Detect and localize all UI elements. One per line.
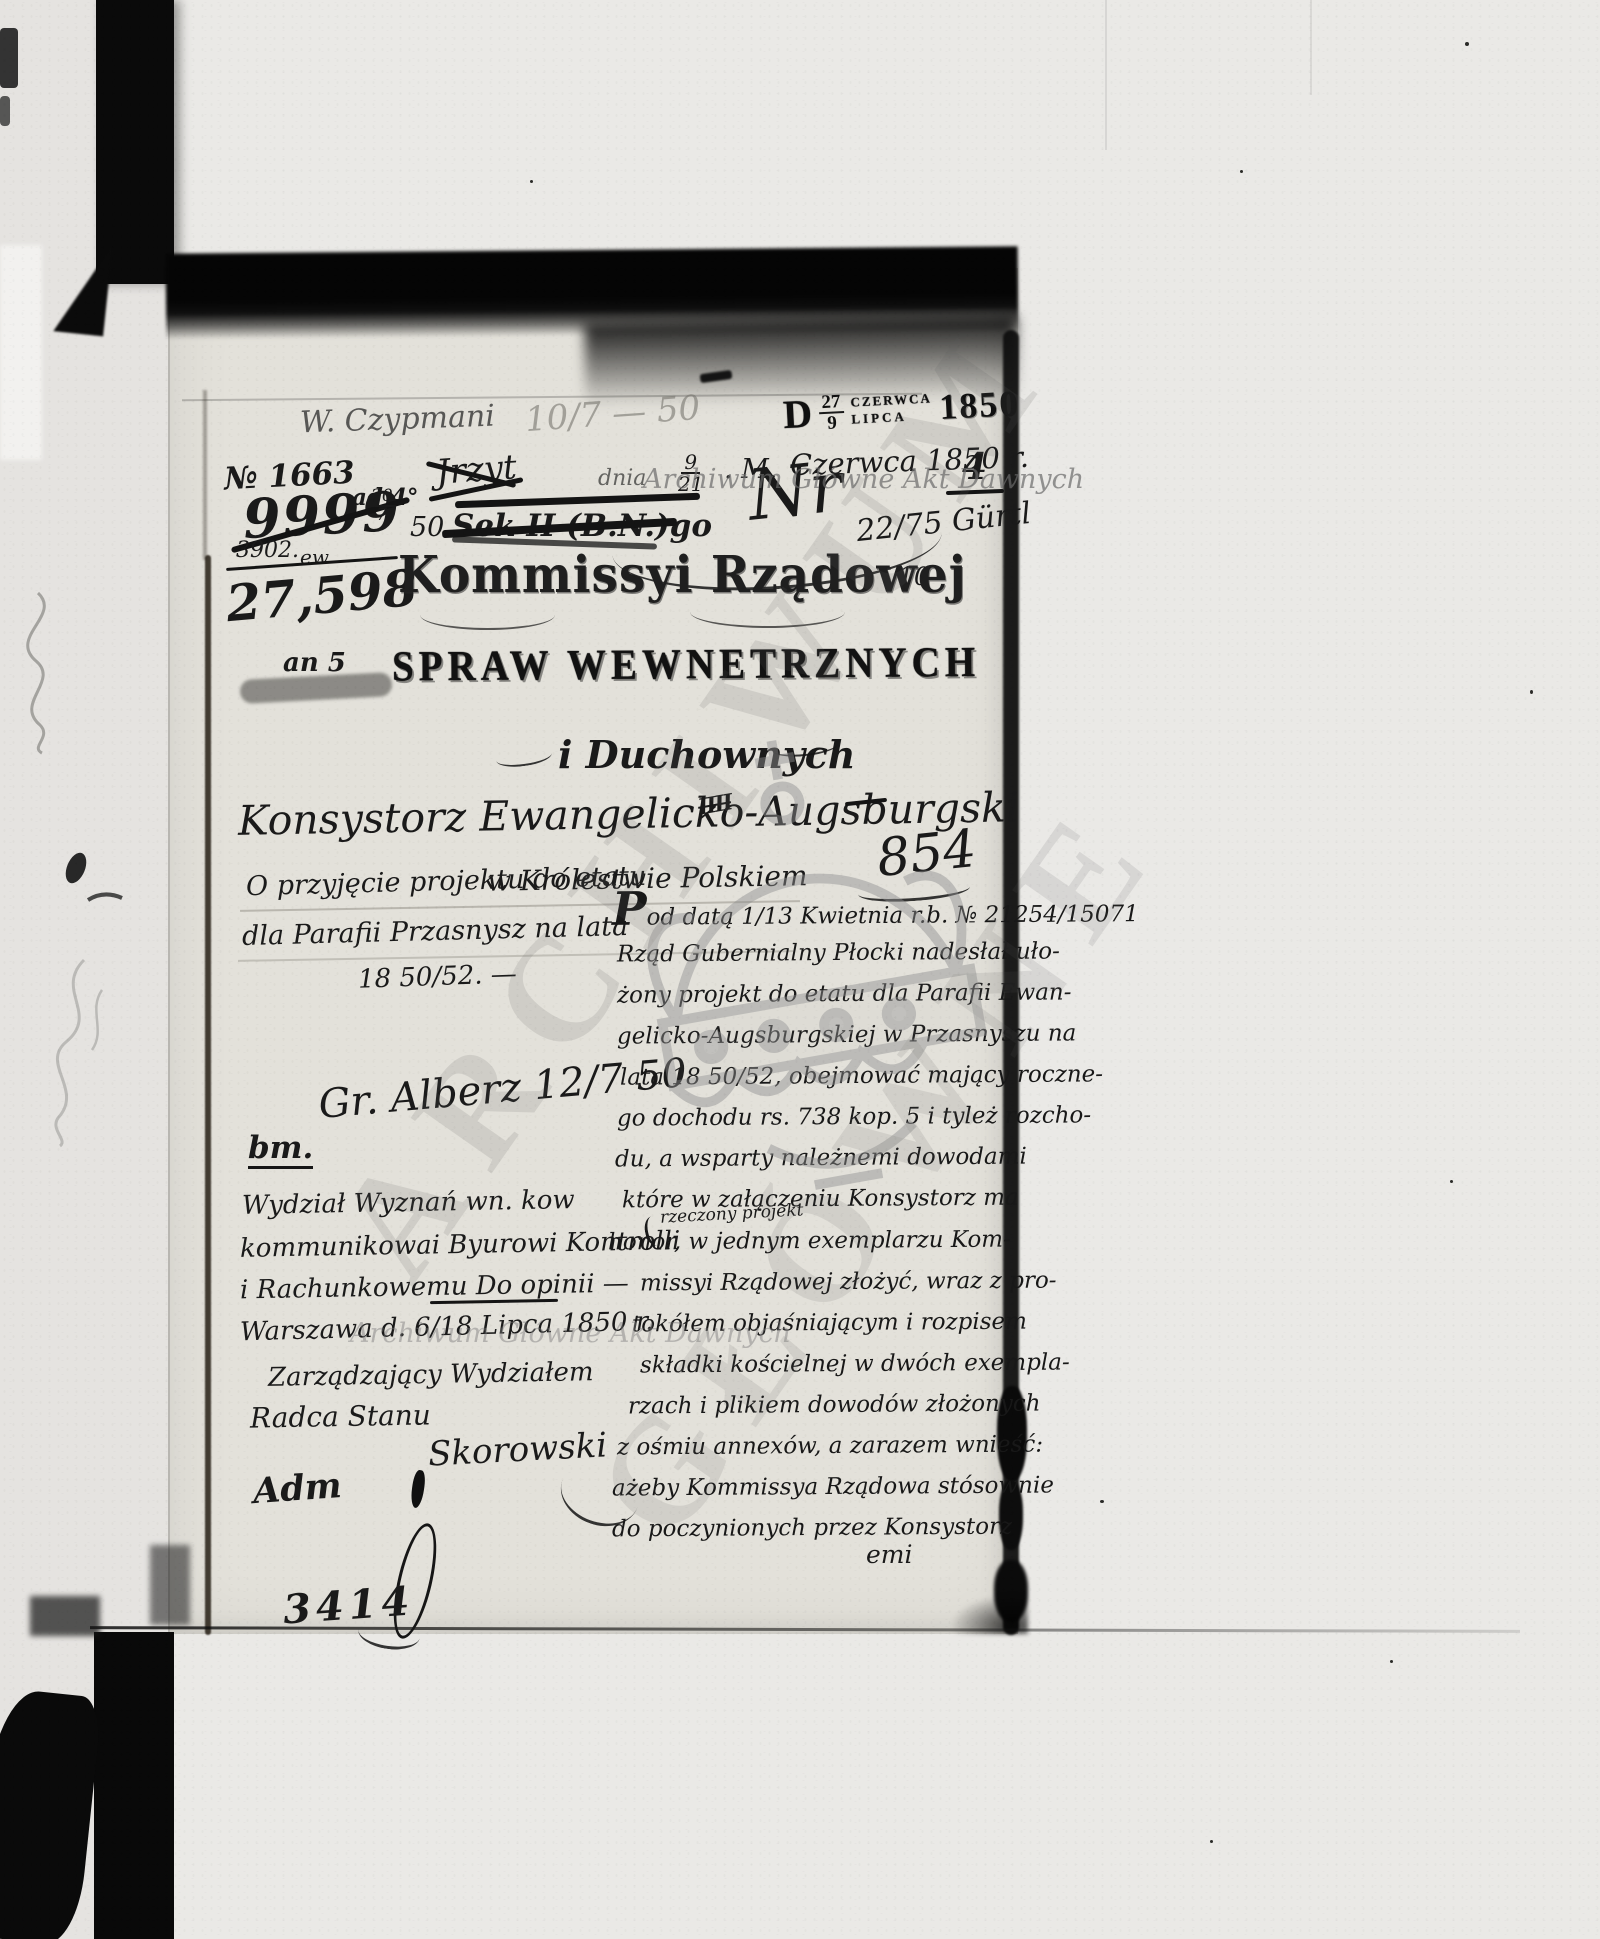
catchword: emi <box>866 1540 913 1569</box>
registry-dnia: dnia <box>598 466 646 491</box>
body-line: tokółem objaśniającym i rozpisem <box>632 1309 1027 1338</box>
film-junction-smudge <box>30 1596 100 1636</box>
body-line: rzach i plikiem dowodów złożonych <box>628 1391 1041 1420</box>
film-wedge <box>53 240 112 337</box>
page-fold-line-upper <box>203 390 207 560</box>
stamp-prefix: D <box>782 390 813 438</box>
registry-mark: 4 <box>962 446 987 488</box>
page-bottom-number: 3414 <box>282 1577 416 1633</box>
dept-line-1: Wydział Wyznań wn. kow <box>242 1185 575 1221</box>
registry-day-new: 9 <box>681 452 700 474</box>
dust-speck <box>530 180 533 183</box>
dust-speck <box>1240 170 1243 173</box>
film-edge-top-left-bar <box>96 0 174 284</box>
body-line: Rząd Gubernialny Płocki nadesłał uło- <box>617 938 1060 967</box>
bm-abbrev: bm. <box>248 1130 313 1169</box>
film-edge-nub-2 <box>0 96 10 126</box>
film-scratch-line-2 <box>1310 0 1312 95</box>
film-notch-white <box>0 245 42 460</box>
ink-blot-marks <box>48 838 138 928</box>
page-fold-line <box>205 555 211 1635</box>
margin-note-line3: 18 50/52. — <box>358 959 518 995</box>
stamp-month-july: LIPCA <box>851 407 933 428</box>
dust-speck <box>1465 42 1469 46</box>
dust-speck <box>1390 1660 1393 1663</box>
body-line: lata 18 50/52, obejmować mający roczne- <box>620 1061 1103 1090</box>
adm-abbrev: Adm <box>252 1465 343 1512</box>
heading-flourish-left <box>420 600 555 630</box>
faint-marginalia-scrawl <box>14 950 124 1150</box>
body-line: honor, w jednym exemplarzu Kom- <box>608 1227 1011 1256</box>
registry-day-fraction: 9 21 <box>678 452 703 494</box>
dust-speck <box>1210 1840 1213 1843</box>
authority-title-stamped: SPRAW WEWNETRZNYCH <box>392 637 980 691</box>
page-corner-smudge <box>150 1545 190 1625</box>
stamp-day-fraction: 27 9 <box>818 392 845 433</box>
an-note: an 5 <box>283 648 346 678</box>
film-edge-bottom-left-bar <box>94 1632 174 1939</box>
dust-speck <box>1100 1500 1104 1503</box>
dust-speck <box>1530 690 1533 694</box>
pencil-owner-note: W. Czypmani <box>299 399 495 441</box>
body-line: żony projekt do etatu dla Parafii Ewan- <box>617 979 1072 1008</box>
stamp-months: CZERWCA LIPCA <box>850 390 933 428</box>
fifty-note: 50 <box>410 512 444 543</box>
film-scratch-line-1 <box>1105 0 1107 150</box>
dust-speck <box>1450 1180 1453 1183</box>
authority-title-ornate: Kommissyi Rządowej <box>398 546 967 605</box>
illegible-marginalia-squiggle <box>0 585 70 755</box>
film-edge-nub-1 <box>0 28 18 88</box>
fraction-bottom: 7 <box>376 507 387 524</box>
dept-line-5: Zarządzający Wydziałem <box>268 1357 594 1393</box>
stamp-alt-day: 9 <box>827 413 837 432</box>
body-line: składki kościelnej w dwóch exempla- <box>640 1350 1070 1379</box>
body-line: go dochodu rs. 738 kop. 5 i tyleż rozcho… <box>617 1102 1091 1131</box>
stamp-year: 1850 <box>938 381 1020 427</box>
stamp-day: 27 <box>818 392 844 414</box>
registry-day-old: 21 <box>678 474 703 494</box>
body-line: z ośmiu annexów, a zarazem wnieść: <box>617 1432 1043 1461</box>
body-line: Pod datą 1/13 Kwietnia r.b. № 21254/1507… <box>612 892 1139 931</box>
file-number-top: 3902. <box>236 538 299 563</box>
scanned-document-photo: W. Czypmani 10/7 — 50 D 27 9 CZERWCA LIP… <box>0 0 1600 1939</box>
body-line: do poczynionych przez Konsystorz <box>612 1514 1012 1543</box>
body-line: missyi Rządowej złożyć, wraz z pro- <box>640 1268 1057 1297</box>
heading-flourish-right <box>690 596 845 628</box>
body-line: du, a wsparty należnemi dowodami <box>615 1144 1027 1173</box>
body-line: gelicko-Augsburgskiej w Przasnyszu na <box>617 1020 1076 1049</box>
dept-line-6: Radca Stanu <box>250 1398 431 1434</box>
body-line: ażeby Kommissya Rządowa stósownie <box>612 1472 1054 1501</box>
cancelled-number-fraction: 20 7 <box>368 488 396 524</box>
